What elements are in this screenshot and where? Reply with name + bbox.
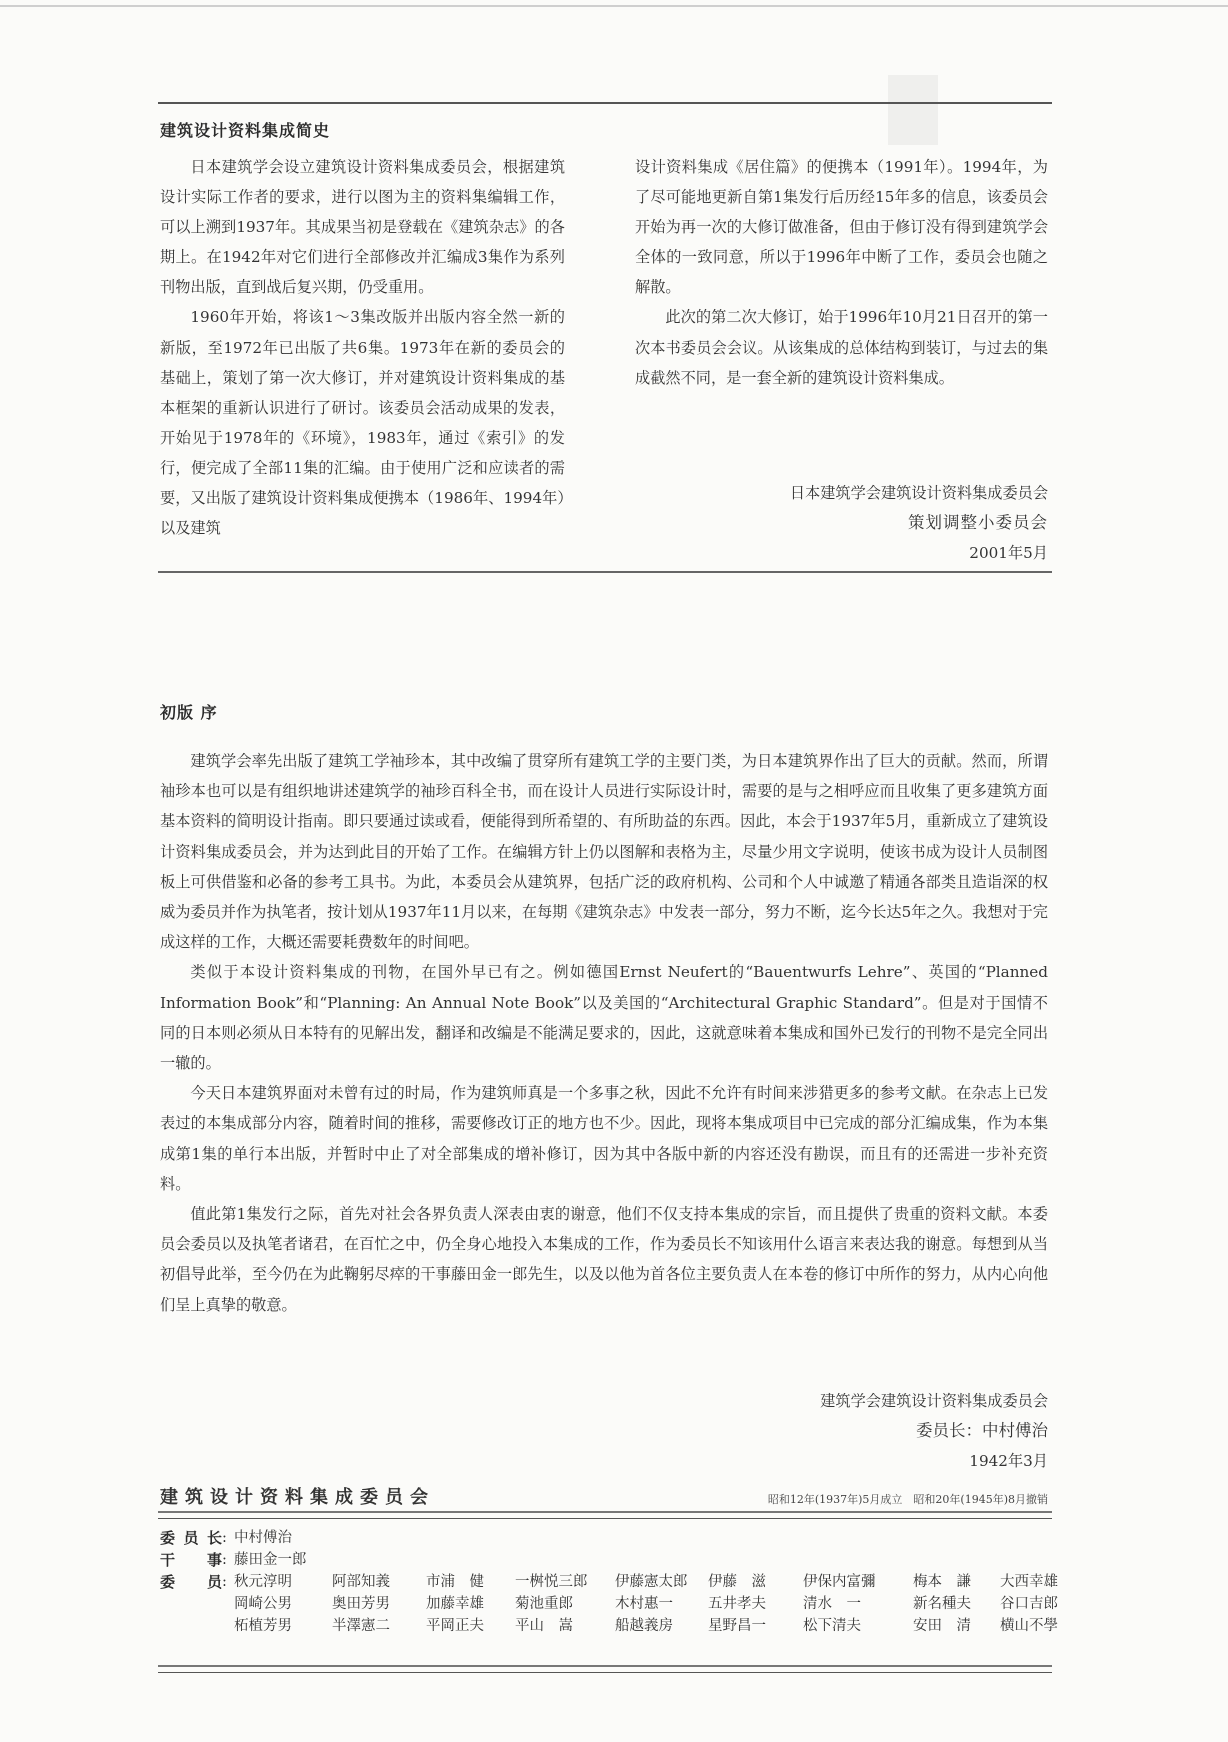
committee-title: 建筑设计资料集成委员会 (160, 1483, 435, 1509)
signature-org: 建筑学会建筑设计资料集成委员会 (820, 1386, 1048, 1416)
member-name: 新名種夫 (913, 1593, 1000, 1615)
secretary-name: 藤田金一郎 (234, 1549, 307, 1571)
signature-date: 1942年3月 (820, 1446, 1048, 1476)
preface-signature: 建筑学会建筑设计资料集成委员会 委员长：中村傅治 1942年3月 (820, 1386, 1048, 1476)
preface-paragraph: 今天日本建筑界面对未曾有过的时局，作为建筑师真是一个多事之秋，因此不允许有时间来… (160, 1078, 1048, 1199)
preface-title: 初版 序 (160, 700, 218, 723)
bottom-double-rule (158, 1665, 1052, 1673)
preface-paragraph: 建筑学会率先出版了建筑工学袖珍本，其中改编了贯穿所有建筑工学的主要门类，为日本建… (160, 746, 1048, 957)
member-name: 秋元淳明 (234, 1571, 332, 1593)
member-name: 横山不學 (1000, 1615, 1080, 1637)
committee-roster: 委员长 : 中村傅治 干事 : 藤田金一郎 委员 : 秋元淳明 阿部知義 市浦 … (160, 1527, 1080, 1637)
member-name: 船越義房 (615, 1615, 708, 1637)
chair-name: 中村傅治 (234, 1527, 292, 1549)
member-name: 星野昌一 (708, 1615, 803, 1637)
history-signature: 日本建筑学会建筑设计资料集成委员会 策划调整小委员会 2001年5月 (790, 478, 1048, 568)
scan-smudge (888, 75, 938, 145)
chair-label: 委员长 (160, 1527, 222, 1549)
history-left-column: 日本建筑学会设立建筑设计资料集成委员会，根据建筑设计实际工作者的要求，进行以图为… (160, 152, 565, 543)
member-name: 梅本 謙 (913, 1571, 1000, 1593)
preface-paragraph: 值此第1集发行之际，首先对社会各界负责人深表由衷的谢意，他们不仅支持本集成的宗旨… (160, 1199, 1048, 1320)
signature-chair: 委员长：中村傅治 (820, 1416, 1048, 1446)
member-name: 加藤幸雄 (426, 1593, 515, 1615)
members-row-1: 秋元淳明 阿部知義 市浦 健 一桝悦三郎 伊藤憲太郎 伊藤 滋 伊保内富彌 梅本… (234, 1571, 1080, 1593)
member-name: 岡崎公男 (234, 1593, 332, 1615)
member-name: 谷口吉郎 (1000, 1593, 1080, 1615)
history-title: 建筑设计资料集成简史 (160, 118, 330, 141)
member-name: 松下清夫 (803, 1615, 913, 1637)
signature-org: 日本建筑学会建筑设计资料集成委员会 (790, 478, 1048, 508)
roster-secretary-row: 干事 : 藤田金一郎 (160, 1549, 1080, 1571)
roster-chair-row: 委员长 : 中村傅治 (160, 1527, 1080, 1549)
history-paragraph: 此次的第二次大修订，始于1996年10月21日召开的第一次本书委员会会议。从该集… (635, 302, 1048, 392)
signature-date: 2001年5月 (790, 538, 1048, 568)
member-name: 奥田芳男 (332, 1593, 426, 1615)
member-name: 五井孝夫 (708, 1593, 803, 1615)
member-name: 安田 清 (913, 1615, 1000, 1637)
preface-body: 建筑学会率先出版了建筑工学袖珍本，其中改编了贯穿所有建筑工学的主要门类，为日本建… (160, 746, 1048, 1320)
history-paragraph: 1960年开始，将该1～3集改版并出版内容全然一新的新版，至1972年已出版了共… (160, 302, 565, 543)
members-row-2: 岡崎公男 奥田芳男 加藤幸雄 菊池重郎 木村惠一 五井孝夫 清水 一 新名種夫 … (234, 1593, 1080, 1615)
members-row-3: 柘植芳男 半澤憲二 平岡正夫 平山 嵩 船越義房 星野昌一 松下清夫 安田 清 … (234, 1615, 1080, 1637)
history-paragraph: 日本建筑学会设立建筑设计资料集成委员会，根据建筑设计实际工作者的要求，进行以图为… (160, 152, 565, 302)
member-name: 市浦 健 (426, 1571, 515, 1593)
section-divider (158, 571, 1052, 573)
member-name: 大西幸雄 (1000, 1571, 1080, 1593)
member-name: 平岡正夫 (426, 1615, 515, 1637)
member-name: 阿部知義 (332, 1571, 426, 1593)
member-name: 清水 一 (803, 1593, 913, 1615)
member-name: 一桝悦三郎 (515, 1571, 615, 1593)
committee-double-rule (158, 1511, 1052, 1519)
member-name: 平山 嵩 (515, 1615, 615, 1637)
member-name: 木村惠一 (615, 1593, 708, 1615)
scan-edge-line (0, 5, 1228, 7)
signature-subcommittee: 策划调整小委员会 (790, 508, 1048, 538)
secretary-label: 干事 (160, 1549, 222, 1571)
member-name: 半澤憲二 (332, 1615, 426, 1637)
history-paragraph: 设计资料集成《居住篇》的便携本（1991年）。1994年，为了尽可能地更新自第1… (635, 152, 1048, 302)
member-name: 柘植芳男 (234, 1615, 332, 1637)
top-rule (158, 102, 1052, 104)
member-name: 菊池重郎 (515, 1593, 615, 1615)
committee-dates-note: 昭和12年(1937年)5月成立 昭和20年(1945年)8月撤销 (768, 1491, 1048, 1507)
roster-members-row: 委员 : 秋元淳明 阿部知義 市浦 健 一桝悦三郎 伊藤憲太郎 伊藤 滋 伊保内… (160, 1571, 1080, 1593)
member-name: 伊藤 滋 (708, 1571, 803, 1593)
member-name: 伊保内富彌 (803, 1571, 913, 1593)
members-label: 委员 (160, 1571, 222, 1593)
member-name: 伊藤憲太郎 (615, 1571, 708, 1593)
preface-paragraph: 类似于本设计资料集成的刊物，在国外早已有之。例如德国Ernst Neufert的… (160, 957, 1048, 1078)
history-right-column: 设计资料集成《居住篇》的便携本（1991年）。1994年，为了尽可能地更新自第1… (635, 152, 1048, 393)
